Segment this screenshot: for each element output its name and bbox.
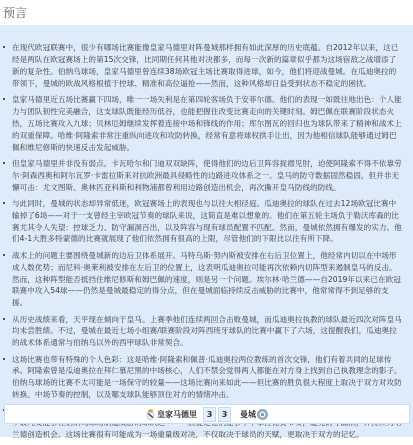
- home-score: 3: [203, 407, 216, 422]
- bullet-icon: [3, 162, 5, 164]
- paragraph-text: 但皇家马德里并非没有弱点。卡瓦哈尔和门迪双双缺阵，使得他们的边后卫阵容捉襟见肘，…: [12, 159, 402, 192]
- score-prediction: 皇家马德里 3 3 曼城: [4, 404, 410, 424]
- paragraph-text: 在现代欧冠联赛中，很少有哪场比赛能像皇家马德里对阵曼城那样拥有如此深厚的历史底蕴…: [12, 43, 398, 88]
- section-title: 预言: [3, 6, 27, 20]
- paragraph-text: 与此同时，曼城的状态却异常低迷，欧冠赛场上的表现也与以往大相径庭。瓜迪奥拉的球队…: [12, 199, 402, 244]
- bullet-icon: [3, 46, 5, 48]
- list-item: 这场比赛也带有特殊的个人色彩：这是哈维·阿隆索和佩普·瓜迪奥拉两位教练的首次交锋…: [0, 354, 413, 402]
- away-team-name: 曼城: [240, 409, 256, 420]
- list-item: 战术上的问题主要围绕曼城新的边后卫体系展开。马特乌斯·努内斯被安排在右后卫位置上…: [0, 250, 413, 310]
- list-item: 但皇家马德里并非没有弱点。卡瓦哈尔和门迪双双缺阵，使得他们的边后卫阵容捉襟见肘，…: [0, 158, 413, 194]
- list-item: 从历史战绩来看，天平现在倾向于皇马。上赛季他们连续两回合击败曼城，而瓜迪奥拉执教…: [0, 314, 413, 350]
- section-header: 预言: [0, 0, 413, 25]
- home-team-name: 皇家马德里: [157, 409, 197, 420]
- preview-panel: 在现代欧冠联赛中，很少有哪场比赛能像皇家马德里对阵曼城那样拥有如此深厚的历史底蕴…: [0, 25, 413, 437]
- paragraph-text: 这场比赛也带有特殊的个人色彩：这是哈维·阿隆索和佩普·瓜迪奥拉两位教练的首次交锋…: [12, 355, 402, 400]
- list-item: 皇家马德里近五场比赛赢下四场，唯一一场失利是在第四轮客场负于安菲尔德。他们的表现…: [0, 94, 413, 154]
- preview-list: 在现代欧冠联赛中，很少有哪场比赛能像皇家马德里对阵曼城那样拥有如此深厚的历史底蕴…: [0, 42, 413, 437]
- bullet-icon: [3, 98, 5, 100]
- bullet-icon: [3, 358, 5, 360]
- paragraph-text: 战术上的问题主要围绕曼城新的边后卫体系展开。马特乌斯·努内斯被安排在右后卫位置上…: [12, 251, 401, 308]
- paragraph-text: 皇家马德里近五场比赛赢下四场，唯一一场失利是在第四轮客场负于安菲尔德。他们的表现…: [12, 95, 402, 152]
- list-item: 与此同时，曼城的状态却异常低迷，欧冠赛场上的表现也与以往大相径庭。瓜迪奥拉的球队…: [0, 198, 413, 246]
- man-city-crest-icon: [257, 409, 268, 420]
- paragraph-text: 从历史战绩来看，天平现在倾向于皇马。上赛季他们连续两回合击败曼城，而瓜迪奥拉执教…: [12, 315, 402, 348]
- list-item: 在现代欧冠联赛中，很少有哪场比赛能像皇家马德里对阵曼城那样拥有如此深厚的历史底蕴…: [0, 42, 413, 90]
- bullet-icon: [3, 318, 5, 320]
- real-madrid-crest-icon: [146, 409, 155, 420]
- away-team[interactable]: 曼城: [240, 409, 268, 420]
- home-team[interactable]: 皇家马德里: [146, 409, 197, 420]
- score-values: 3 3: [202, 407, 232, 422]
- away-score: 3: [218, 407, 231, 422]
- bullet-icon: [3, 254, 5, 256]
- bullet-icon: [3, 202, 5, 204]
